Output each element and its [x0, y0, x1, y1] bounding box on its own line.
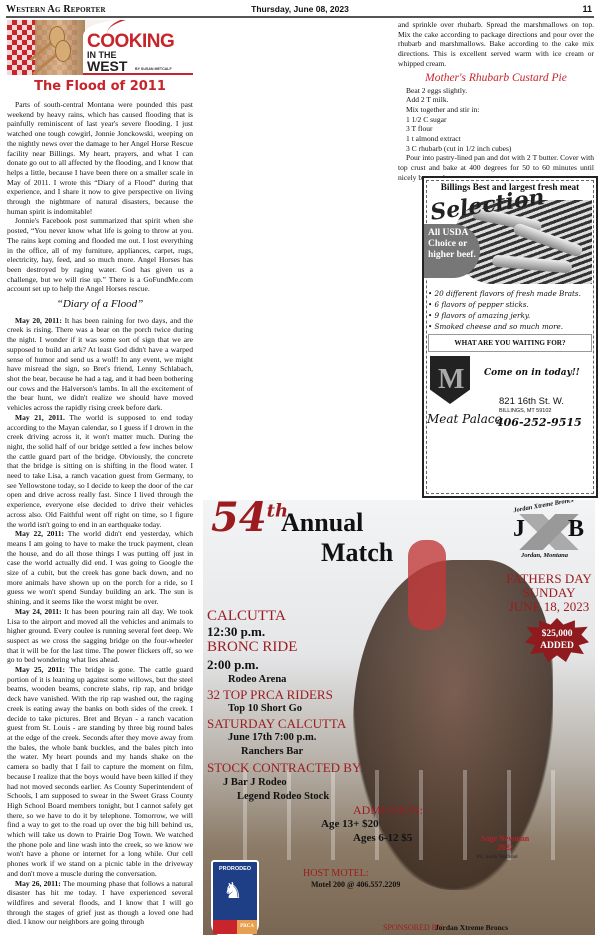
usda-badge: All USDA Choice or higher beef. [424, 224, 480, 278]
byline: BY SUSAN METCALF [135, 67, 172, 71]
purse-text: $25,000ADDED [525, 628, 589, 652]
ad-bullet: • 6 flavors of pepper sticks. [428, 299, 581, 310]
ingredient: 3 T flour [398, 124, 594, 134]
saturday-time: June 17th 7:00 p.m. [228, 732, 316, 743]
riders-label: 32 TOP PRCA RIDERS [207, 687, 333, 703]
column-3: and sprinkle over rhubarb. Spread the ma… [398, 20, 594, 183]
admission-child: Ages 6-12 $5 [353, 832, 412, 844]
meat-palace-ad: Billings Best and largest fresh meat Sel… [422, 176, 598, 498]
host-motel-label: HOST MOTEL: [303, 868, 369, 879]
ingredient: 1 t almond extract [398, 134, 594, 144]
rodeo-ad: 54th Annual Match Jordan Xtreme Broncs J… [203, 500, 595, 935]
admission-adult: Age 13+ $20 [321, 818, 379, 830]
diary-entry: May 25, 2011: The bridge is gone. The ca… [7, 665, 193, 878]
diary-entry: May 21, 2011. The world is supposed to e… [7, 413, 193, 529]
article-title: The Flood of 2011 [7, 79, 193, 94]
bronc-ride-label: BRONC RIDE [207, 639, 297, 656]
rider-image [408, 540, 446, 630]
column-1: Parts of south-central Montana were poun… [7, 100, 193, 927]
logo-bottom-text: Jordan, Montana [521, 552, 568, 559]
diary-entry: May 24, 2011: It has been pouring rain a… [7, 607, 193, 665]
event-date-block: FATHERS DAY SUNDAY JUNE 18, 2023 [503, 572, 595, 614]
diary-date: May 21, 2011. [15, 413, 65, 422]
photo-subject: Sage Newman2022 [481, 834, 529, 852]
photo-credit: PC: Sarah Nordlund [477, 855, 518, 860]
banner-west: WEST [87, 58, 127, 74]
diary-entry: May 26, 2011: The mourning phase that fo… [7, 879, 193, 928]
diary-entry: May 22, 2011: The world didn't end yeste… [7, 529, 193, 607]
page-number: 11 [582, 4, 592, 14]
store-phone: 406-252-9515 [496, 416, 582, 429]
diary-heading: “Diary of a Flood” [7, 300, 193, 310]
intro-paragraph: Jonnie's Facebook post summarized that s… [7, 216, 193, 294]
logo-top-text: Jordan Xtreme Broncs [513, 500, 574, 514]
diary-date: May 26, 2011: [15, 879, 61, 888]
recipe-directions-continued: and sprinkle over rhubarb. Spread the ma… [398, 20, 594, 69]
match-text: Match [321, 538, 393, 568]
logo-b: B [568, 516, 584, 543]
saturday-venue: Ranchers Bar [241, 746, 303, 757]
ad-bullet: • 9 flavors of amazing jerky. [428, 310, 581, 321]
logo-j: J [513, 516, 525, 543]
prorodeo-logo-icon: PRORODEO ♞ PRCA [211, 860, 259, 935]
anniversary-number: 54th [211, 500, 288, 541]
admission-label: ADMISSION: [353, 803, 423, 818]
stock-contractor-2: Legend Rodeo Stock [237, 791, 329, 802]
diary-date: May 22, 2011: [15, 529, 64, 538]
saturday-calcutta-label: SATURDAY CALCUTTA [207, 716, 346, 732]
column-2: the same thing, and many of them are muc… [203, 20, 389, 490]
diary-date: May 24, 2011: [15, 607, 62, 616]
calcutta-time: 12:30 p.m. [207, 624, 265, 640]
store-city: BILLINGS, MT 59102 [499, 408, 551, 414]
page-header: Western Ag Reporter Thursday, June 08, 2… [6, 2, 594, 18]
intro-paragraph: Parts of south-central Montana were poun… [7, 100, 193, 216]
ad-bullet: • Smoked cheese and so much more. [428, 321, 581, 332]
ingredient: Beat 2 eggs slightly. [398, 86, 594, 96]
issue-date: Thursday, June 08, 2023 [6, 4, 594, 14]
venue: Rodeo Arena [228, 674, 286, 685]
ad-call-to-action: WHAT ARE YOU WAITING FOR? [428, 334, 592, 352]
wooden-spoon-icon [55, 40, 71, 62]
diary-date: May 20, 2011: [15, 316, 62, 325]
ad-bullet: • 20 different flavors of fresh made Bra… [428, 288, 581, 299]
store-name: Meat Palace [427, 412, 502, 426]
bronc-ride-time: 2:00 p.m. [207, 657, 259, 673]
stock-label: STOCK CONTRACTED BY: [207, 760, 364, 776]
cooking-in-the-west-banner: COOKING IN THE WEST BY SUSAN METCALF [7, 20, 193, 75]
meat-palace-logo-icon: M [430, 356, 470, 404]
annual-text: Annual [281, 508, 363, 538]
short-go: Top 10 Short Go [228, 703, 302, 714]
ingredient: Add 2 T milk. [398, 95, 594, 105]
ingredient: Mix together and stir in: [398, 105, 594, 115]
ingredient: 1 1/2 C sugar [398, 115, 594, 125]
come-in-today: Come on in today!! [484, 368, 580, 378]
recipe-title: Mother's Rhubarb Custard Pie [398, 72, 594, 85]
diary-entry: May 20, 2011: It has been raining for tw… [7, 316, 193, 413]
banner-rule [83, 73, 193, 75]
stock-contractor-1: J Bar J Rodeo [223, 777, 287, 788]
ad-bullet-list: • 20 different flavors of fresh made Bra… [428, 288, 581, 332]
host-motel-value: Motel 200 @ 406.557.2209 [311, 880, 400, 889]
calcutta-label: CALCUTTA [207, 608, 286, 625]
sponsor-value: Jordan Xtreme Broncs [435, 923, 508, 932]
ingredient: 3 C rhubarb (cut in 1/2 inch cubes) [398, 144, 594, 154]
diary-date: May 25, 2011: [15, 665, 65, 674]
store-address: 821 16th St. W. [499, 396, 564, 407]
